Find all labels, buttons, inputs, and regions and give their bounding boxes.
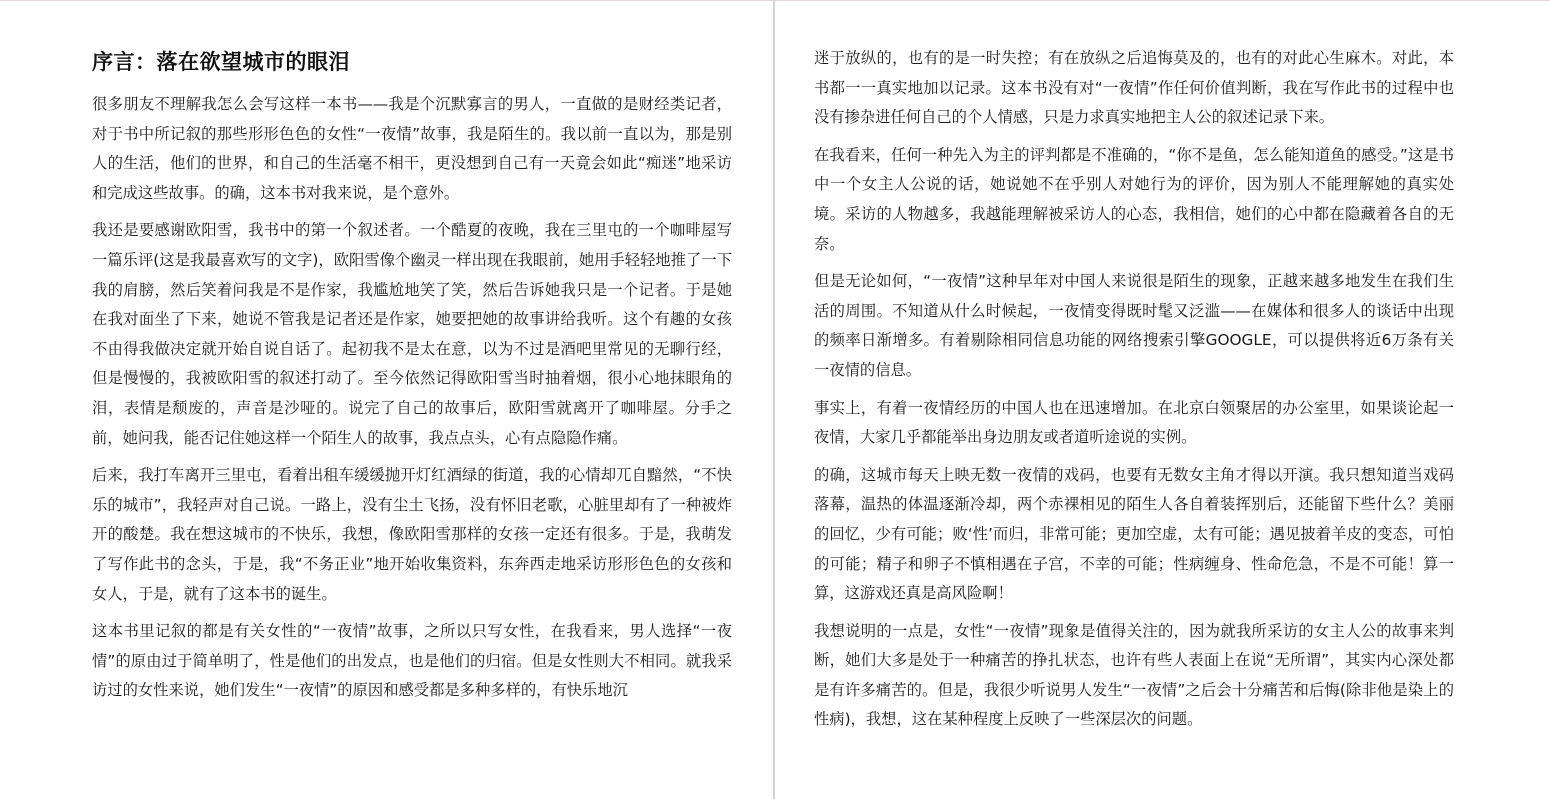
paragraph: 事实上，有着一夜情经历的中国人也在迅速增加。在北京白领聚居的办公室里，如果谈论起…	[814, 394, 1454, 453]
paragraph: 迷于放纵的，也有的是一时失控；有在放纵之后追悔莫及的，也有的对此心生麻木。对此，…	[814, 44, 1454, 133]
left-page: 序言：落在欲望城市的眼泪 很多朋友不理解我怎么会写这样一本书——我是个沉默寡言的…	[0, 0, 773, 799]
paragraph: 我还是要感谢欧阳雪，我书中的第一个叙述者。一个酷夏的夜晚，我在三里屯的一个咖啡屋…	[92, 216, 732, 453]
chapter-title: 序言：落在欲望城市的眼泪	[92, 44, 733, 80]
book-spread: 序言：落在欲望城市的眼泪 很多朋友不理解我怎么会写这样一本书——我是个沉默寡言的…	[0, 0, 1550, 799]
paragraph: 这本书里记叙的都是有关女性的“一夜情”故事，之所以只写女性，在我看来，男人选择“…	[92, 617, 732, 706]
paragraph: 的确，这城市每天上映无数一夜情的戏码，也要有无数女主角才得以开演。我只想知道当戏…	[814, 461, 1454, 609]
paragraph: 在我看来，任何一种先入为主的评判都是不准确的，“你不是鱼，怎么能知道鱼的感受。”…	[814, 141, 1454, 259]
paragraph: 后来，我打车离开三里屯，看着出租车缓缓抛开灯红酒绿的街道，我的心情却兀自黯然，“…	[92, 461, 732, 609]
paragraph: 我想说明的一点是，女性“一夜情”现象是值得关注的，因为就我所采访的女主人公的故事…	[814, 617, 1454, 735]
paragraph: 很多朋友不理解我怎么会写这样一本书——我是个沉默寡言的男人，一直做的是财经类记者…	[92, 90, 732, 208]
paragraph: 但是无论如何，“一夜情”这种早年对中国人来说很是陌生的现象，正越来越多地发生在我…	[814, 267, 1454, 385]
right-page: 迷于放纵的，也有的是一时失控；有在放纵之后追悔莫及的，也有的对此心生麻木。对此，…	[775, 0, 1550, 799]
